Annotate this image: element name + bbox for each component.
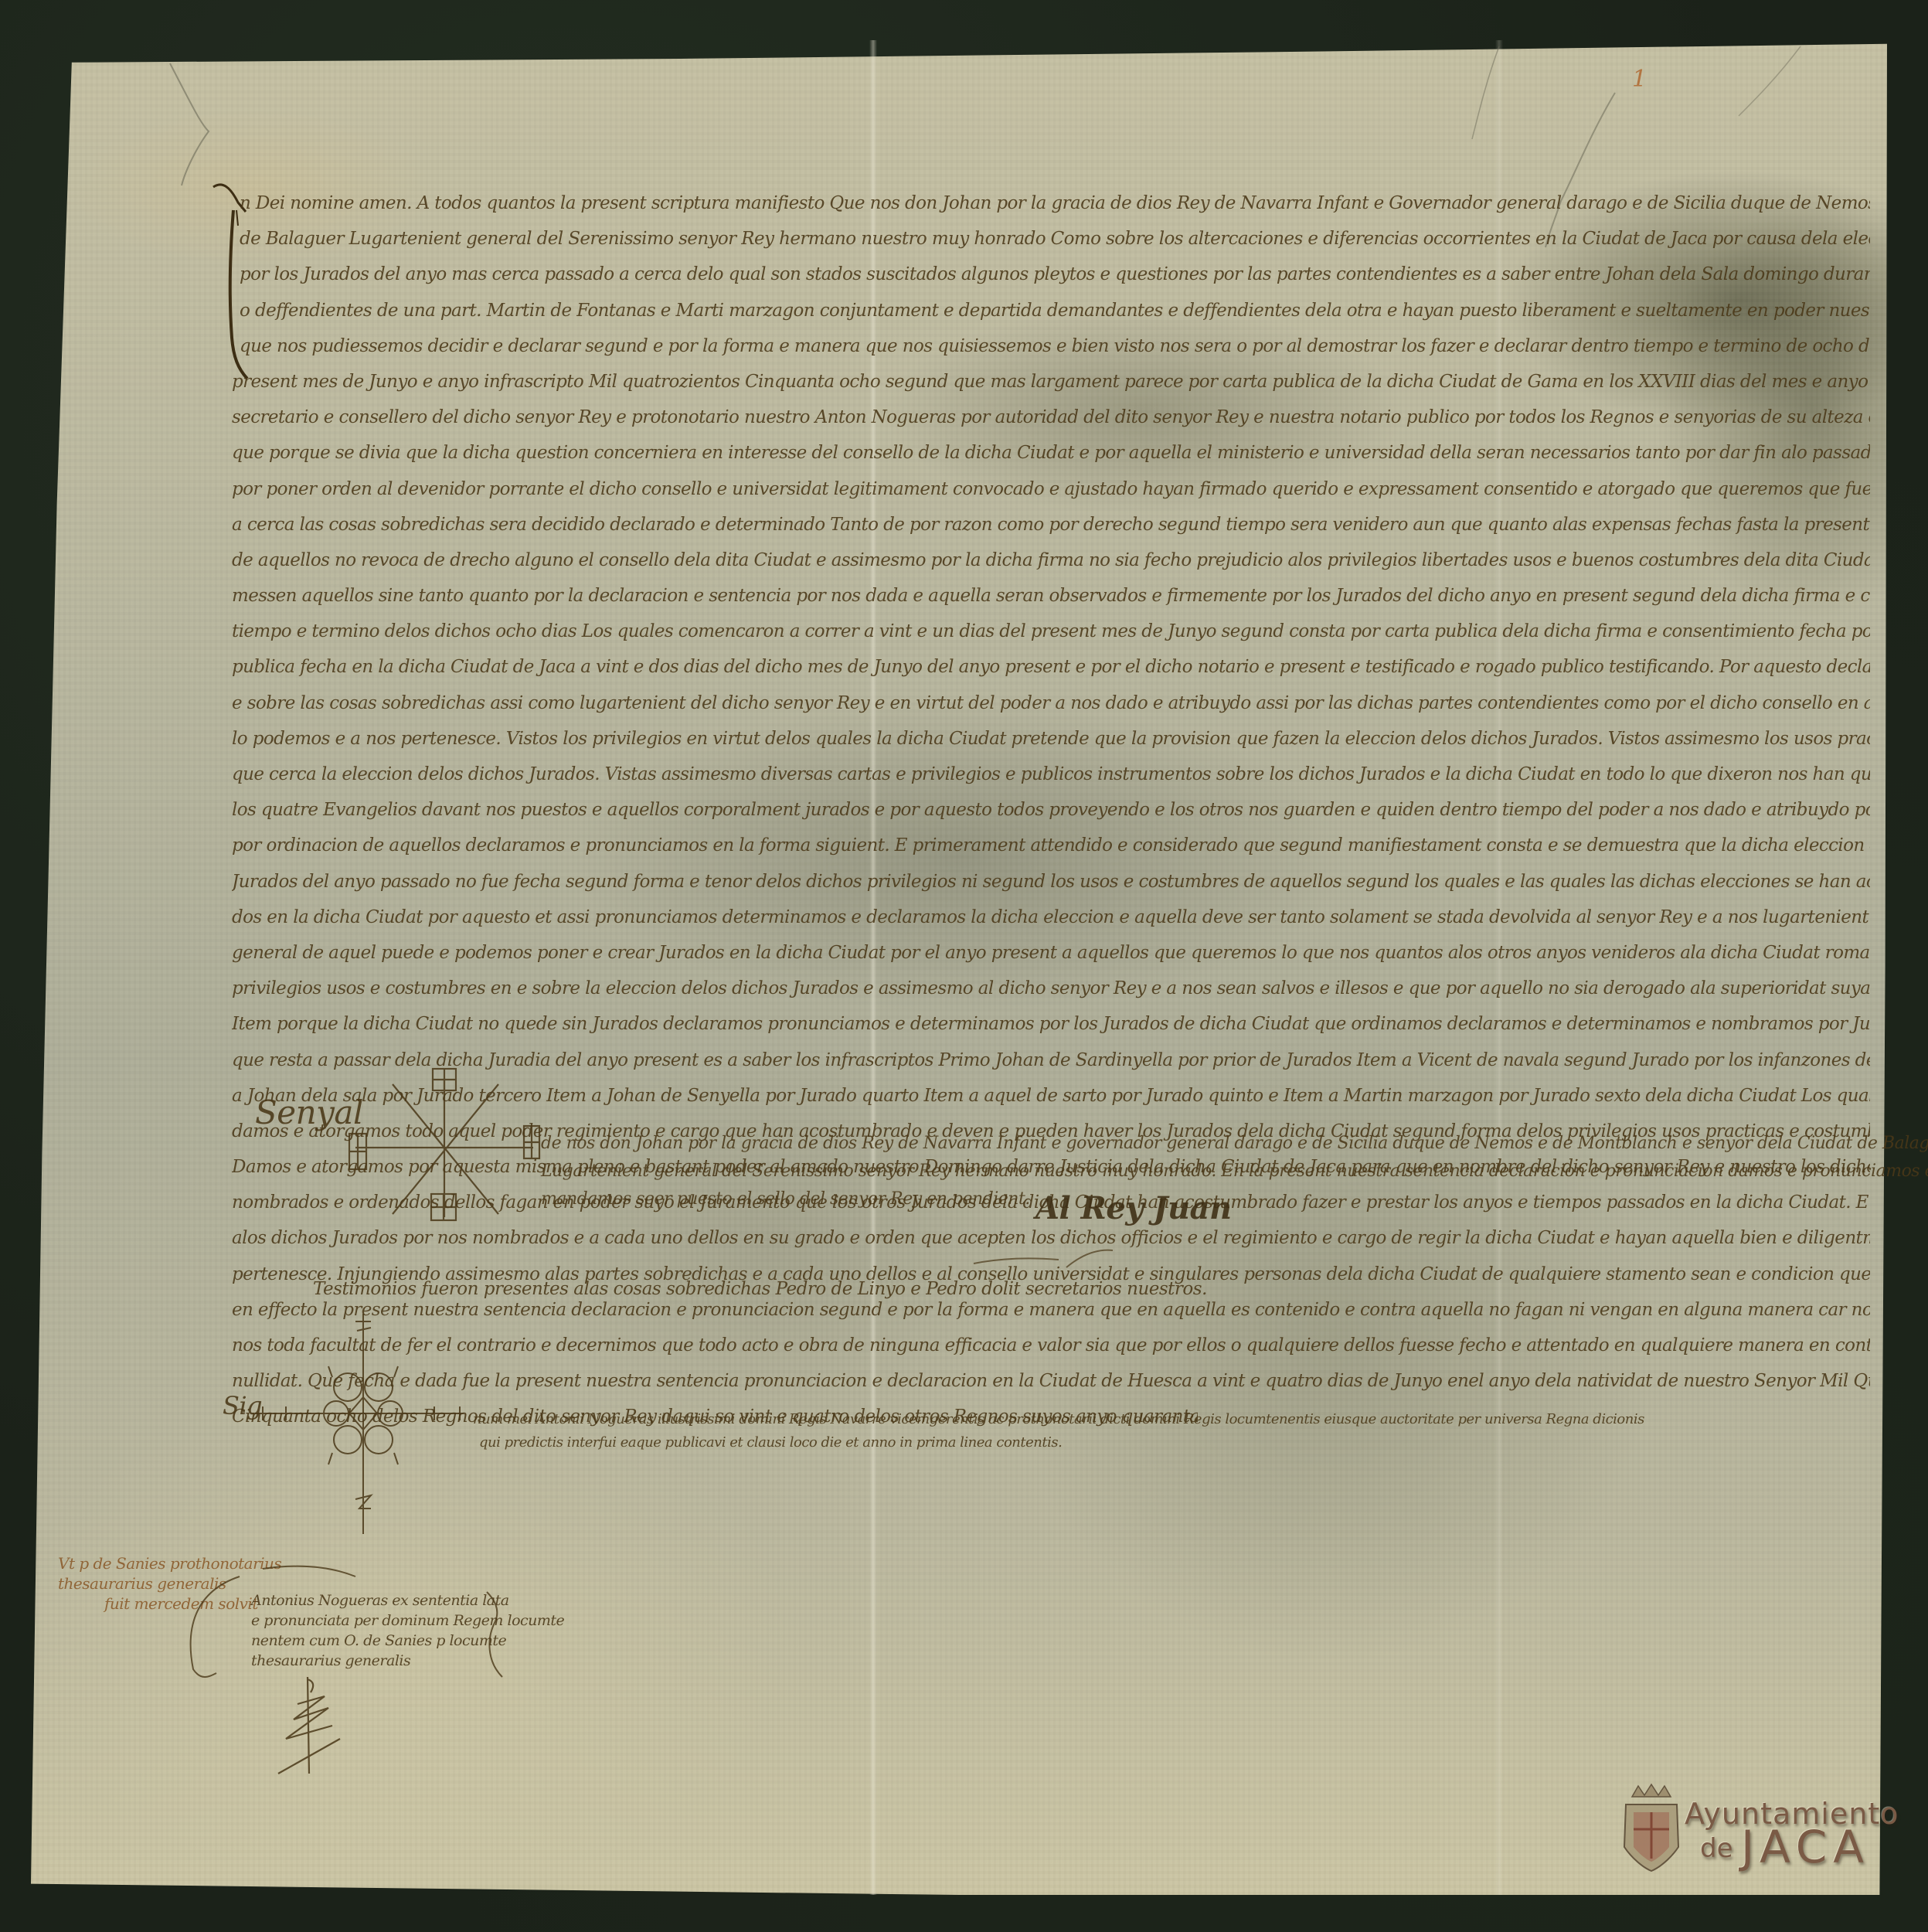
text-line: que porque se divia que la dicha questio… (232, 435, 1870, 471)
text-line: n Dei nomine amen. A todos quantos la pr… (232, 185, 1870, 221)
text-line: que nos pudiessemos decidir e declarar s… (232, 328, 1870, 364)
notary-line: num mei Antonii Nogueras illustrissimi d… (473, 1408, 1644, 1431)
notarial-signum-icon (255, 1306, 471, 1538)
royal-signum-cross-icon (340, 1063, 549, 1229)
signature-flourish (966, 1244, 1120, 1275)
senyal-attestation: de nos don Johan por la gracia de dios R… (541, 1130, 1928, 1213)
text-line: nullidat. Que fecha e dada fue la presen… (232, 1363, 1870, 1399)
jaca-coat-of-arms-icon (1617, 1781, 1686, 1874)
royal-signature: Al Rey Juan (1035, 1190, 1232, 1226)
text-line: secretario e consellero del dicho senyor… (232, 400, 1870, 435)
text-line: Item porque la dicha Ciudat no quede sin… (232, 1006, 1870, 1042)
text-line: de aquellos no revoca de drecho alguno e… (232, 543, 1870, 578)
text-line: por ordinacion de aquellos declaramos e … (232, 828, 1870, 863)
chancery-note-line: nentem cum O. de Sanies p locumte (251, 1631, 564, 1651)
senyal-line: de nos don Johan por la gracia de dios R… (541, 1130, 1928, 1158)
text-line: a cerca las cosas sobredichas sera decid… (232, 507, 1870, 543)
text-line: tiempo e termino delos dichos ocho dias … (232, 614, 1870, 649)
text-line: por los Jurados del anyo mas cerca passa… (232, 257, 1870, 292)
text-line: nos toda facultat de fer el contrario e … (232, 1328, 1870, 1363)
text-line: publica fecha en la dicha Ciudat de Jaca… (232, 649, 1870, 685)
watermark-jaca: JACA (1741, 1821, 1870, 1873)
text-line: los quatre Evangelios davant nos puestos… (232, 792, 1870, 828)
witnesses-line: Testimonios fueron presentes alas cosas … (313, 1279, 1207, 1299)
text-line: messen aquellos sine tanto quanto por la… (232, 578, 1870, 614)
text-line: que cerca la eleccion delos dichos Jurad… (232, 757, 1870, 792)
text-line: privilegios usos e costumbres en e sobre… (232, 971, 1870, 1006)
chancery-note: Antonius Nogueras ex sententia lata e pr… (251, 1590, 564, 1671)
text-line: present mes de Junyo e anyo infrascripto… (232, 364, 1870, 400)
watermark-de: de (1700, 1833, 1733, 1864)
folio-number: 1 (1632, 66, 1647, 93)
text-line: dos en la dicha Ciudat por aquesto et as… (232, 900, 1870, 935)
senyal-line: mandamos seer puesto el sello del senyor… (541, 1185, 1928, 1213)
text-line: general de aquel puede e podemos poner e… (232, 935, 1870, 971)
text-line: o deffendientes de una part. Martin de F… (232, 293, 1870, 328)
text-line: lo podemos e a nos pertenesce. Vistos lo… (232, 721, 1870, 757)
chancery-note-line: thesaurarius generalis (251, 1651, 564, 1671)
senyal-line: Lugartenient general del Serenissimo sen… (541, 1158, 1928, 1185)
chancery-note-line: e pronunciata per dominum Regem locumte (251, 1611, 564, 1631)
text-line: Jurados del anyo passado no fue fecha se… (232, 864, 1870, 900)
text-line: de Balaguer Lugartenient general del Ser… (232, 221, 1870, 257)
chancery-note-line: Antonius Nogueras ex sententia lata (251, 1590, 564, 1611)
text-line: e sobre las cosas sobredichas assi como … (232, 685, 1870, 721)
notary-subscription: num mei Antonii Nogueras illustrissimi d… (473, 1408, 1644, 1454)
notary-line: qui predictis interfui eaque publicavi e… (473, 1431, 1644, 1454)
text-line: por poner orden al devenidor porrante el… (232, 471, 1870, 507)
paraph-mark-icon (255, 1673, 355, 1781)
